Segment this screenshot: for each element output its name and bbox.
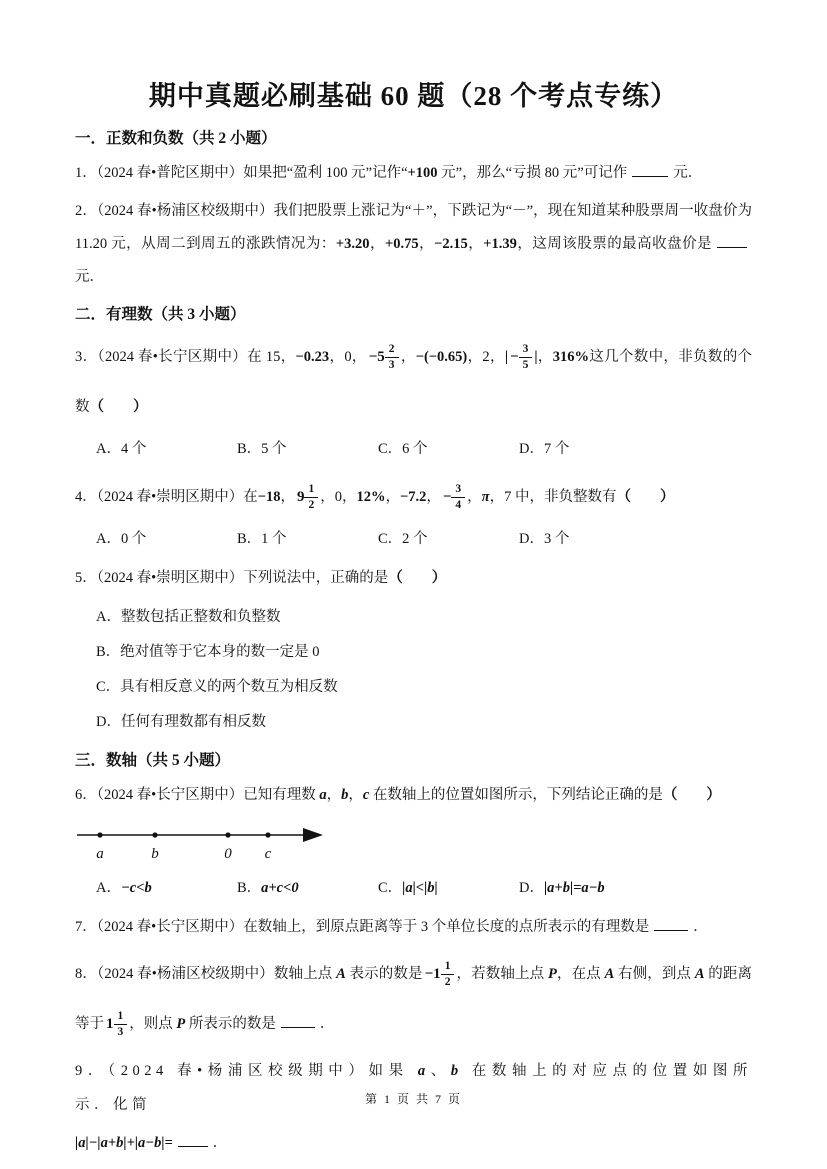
question-3-options: A．4 个 B．5 个 C．6 个 D．7 个 — [75, 434, 752, 464]
option-q5-a: A．整数包括正整数和负整数 — [75, 600, 752, 635]
text-run: D． — [519, 880, 544, 896]
fraction-numerator: 3 — [519, 344, 533, 359]
worksheet-page: 期中真题必刷基础 60 题（28 个考点专练） 一．正数和负数（共 2 小题） … — [0, 0, 827, 1169]
question-6-options: A．−c<b B．a+c<0 C．|a|<|b| D．|a+b|=a−b — [75, 873, 752, 903]
option-q5-d: D．任何有理数都有相反数 — [75, 705, 752, 740]
fraction-stack: 35 — [519, 344, 533, 372]
text-run: A — [695, 966, 705, 982]
answer-blank — [717, 232, 747, 248]
text-run: 4．（2024 春•崇明区期中）在 — [75, 489, 258, 505]
answer-blank — [654, 915, 688, 931]
option-q6-c: C．|a|<|b| — [378, 873, 519, 903]
text-run: 元”，那么“亏损 80 元”可记作 — [438, 165, 628, 181]
text-run: a — [319, 787, 326, 803]
fraction-numerator: 2 — [385, 344, 399, 359]
text-run: −7.2 — [400, 489, 426, 505]
fraction-stack: 23 — [385, 344, 399, 372]
numberline-point-a — [97, 832, 102, 837]
fraction-stack: 13 — [114, 1011, 128, 1039]
answer-blank — [281, 1012, 315, 1028]
text-run: 316% — [553, 349, 589, 365]
fraction: −34 — [443, 484, 465, 512]
text-run: P — [548, 966, 557, 982]
fraction-numerator: 1 — [114, 1011, 128, 1026]
fraction-numerator: 1 — [304, 484, 318, 499]
question-7: 7．（2024 春•长宁区期中）在数轴上，到原点距离等于 3 个单位长度的点所表… — [75, 911, 752, 944]
numberline-label-b: b — [151, 846, 159, 862]
text-run: A — [605, 966, 615, 982]
answer-blank — [178, 1131, 208, 1147]
option-q6-d: D．|a+b|=a−b — [519, 873, 605, 903]
text-run: −18 — [258, 489, 281, 505]
text-run: ， — [370, 236, 385, 252]
text-run: ， — [468, 236, 483, 252]
fraction: −112 — [425, 961, 455, 989]
numberline-point-origin — [225, 832, 230, 837]
text-run: ，2， — [467, 349, 505, 365]
text-run: ． — [213, 1135, 228, 1151]
text-run: b — [451, 1063, 463, 1079]
text-run: |a|−|a+b|+|a−b|= — [75, 1135, 173, 1151]
numberline-label-a: a — [96, 846, 104, 862]
option-q4-c: C．2 个 — [378, 524, 519, 554]
fraction-whole: −5 — [369, 350, 385, 365]
text-run: 表示的数是 — [346, 966, 423, 982]
text-run: ， — [538, 349, 553, 365]
option-q6-a: A．−c<b — [96, 873, 237, 903]
text-run: ，0， — [329, 349, 367, 365]
text-run: 3．（2024 春•长宁区期中）在 15， — [75, 349, 296, 365]
number-line-figure: a b 0 c — [75, 820, 752, 871]
text-run: −c<b — [121, 880, 152, 896]
text-run: A． — [96, 880, 121, 896]
text-run: −0.23 — [296, 349, 330, 365]
text-run: 6．（2024 春•长宁区期中）已知有理数 — [75, 787, 319, 803]
question-1: 1．（2024 春•普陀区期中）如果把“盈利 100 元”记作“+100 元”，… — [75, 157, 752, 190]
fraction-whole: 9 — [297, 490, 305, 505]
section-heading-1: 一．正数和负数（共 2 小题） — [75, 126, 752, 152]
fraction-denominator: 2 — [308, 498, 314, 512]
text-run: ，7 中，非负整数有 — [490, 489, 617, 505]
numberline-point-c — [265, 832, 270, 837]
text-run: 5．（2024 春•崇明区期中）下列说法中，正确的是 — [75, 570, 388, 586]
fraction: 912 — [297, 484, 318, 512]
fraction-denominator: 5 — [523, 358, 529, 372]
fraction-denominator: 3 — [118, 1025, 124, 1039]
text-run: A — [336, 966, 346, 982]
numberline-label-origin: 0 — [224, 846, 232, 862]
text-run: |a+b|=a−b — [544, 880, 605, 896]
option-q6-b: B．a+c<0 — [237, 873, 378, 903]
section-heading-2: 二．有理数（共 3 小题） — [75, 302, 752, 328]
numberline-label-c: c — [265, 846, 272, 862]
option-q4-a: A．0 个 — [96, 524, 237, 554]
text-run: ，0， — [320, 489, 356, 505]
text-run: P — [176, 1016, 185, 1032]
question-5: 5．（2024 春•崇明区期中）下列说法中，正确的是（ ） — [75, 562, 752, 595]
text-run: ， — [467, 489, 482, 505]
text-run: B． — [237, 880, 261, 896]
question-3: 3．（2024 春•长宁区期中）在 15，−0.23，0，−523，−(−0.6… — [75, 332, 752, 432]
text-run: +3.20 — [336, 236, 370, 252]
question-4: 4．（2024 春•崇明区期中）在−18，912，0，12%，−7.2，−34，… — [75, 472, 752, 522]
text-run: +0.75 — [385, 236, 419, 252]
text-run: ， — [280, 489, 295, 505]
fraction-stack: 12 — [304, 484, 318, 512]
number-line-svg: a b 0 c — [75, 820, 327, 866]
fraction-whole: − — [443, 490, 452, 505]
text-run: C． — [378, 880, 402, 896]
fraction-numerator: 3 — [451, 484, 465, 499]
text-run: ，若数轴上点 — [456, 966, 548, 982]
fraction-stack: 34 — [451, 484, 465, 512]
page-footer: 第 1 页 共 7 页 — [0, 1090, 827, 1107]
arrow-right-icon — [303, 828, 323, 842]
option-q5-b: B．绝对值等于它本身的数一定是 0 — [75, 635, 752, 670]
text-run: 8．（2024 春•杨浦区校级期中）数轴上点 — [75, 966, 336, 982]
option-q4-b: B．1 个 — [237, 524, 378, 554]
text-run: 9．（2024 春•杨浦区校级期中）如果 — [75, 1063, 418, 1079]
text-run: 7．（2024 春•长宁区期中）在数轴上，到原点距离等于 3 个单位长度的点所表… — [75, 919, 649, 935]
option-q3-d: D．7 个 — [519, 434, 569, 464]
text-run: | — [505, 349, 508, 365]
text-run: a+c<0 — [261, 880, 298, 896]
text-run: ，则点 — [129, 1016, 176, 1032]
fraction-whole: −1 — [425, 967, 441, 982]
page-title: 期中真题必刷基础 60 题（28 个考点专练） — [75, 78, 752, 114]
question-8: 8．（2024 春•杨浦区校级期中）数轴上点 A 表示的数是−112，若数轴上点… — [75, 949, 752, 1049]
fraction-numerator: 1 — [441, 961, 455, 976]
text-run: ， — [348, 787, 363, 803]
fraction: 113 — [106, 1011, 127, 1039]
text-run: （ ） — [663, 787, 721, 803]
text-run: 、 — [430, 1063, 451, 1079]
text-run: π — [482, 489, 490, 505]
text-run: 元． — [75, 269, 104, 285]
question-4-options: A．0 个 B．1 个 C．2 个 D．3 个 — [75, 524, 752, 554]
text-run: （ ） — [90, 399, 148, 415]
fraction-stack: 12 — [441, 961, 455, 989]
text-run: 在数轴上的位置如图所示，下列结论正确的是 — [369, 787, 663, 803]
question-9: 9．（2024 春•杨浦区校级期中）如果 a、b 在数轴上的对应点的位置如图所示… — [75, 1054, 752, 1122]
text-run: ，在点 — [557, 966, 605, 982]
fraction: −35 — [510, 344, 532, 372]
text-run: ， — [401, 349, 416, 365]
text-run: +100 — [408, 165, 438, 181]
text-run: ， — [385, 489, 400, 505]
text-run: −(−0.65) — [416, 349, 468, 365]
option-q5-c: C．具有相反意义的两个数互为相反数 — [75, 670, 752, 705]
fraction-denominator: 2 — [445, 975, 451, 989]
text-run: （ ） — [616, 489, 674, 505]
numberline-point-b — [152, 832, 157, 837]
fraction-whole: 1 — [106, 1017, 114, 1032]
text-run: 1．（2024 春•普陀区期中）如果把“盈利 100 元”记作“ — [75, 165, 408, 181]
text-run: −2.15 — [434, 236, 468, 252]
fraction: −523 — [369, 344, 399, 372]
question-9-formula: |a|−|a+b|+|a−b|=． — [75, 1127, 752, 1160]
question-6: 6．（2024 春•长宁区期中）已知有理数 a，b，c 在数轴上的位置如图所示，… — [75, 779, 752, 812]
question-2: 2．（2024 春•杨浦区校级期中）我们把股票上涨记为“＋”，下跌记为“－”，现… — [75, 195, 752, 294]
text-run: +1.39 — [483, 236, 517, 252]
text-run: |a|<|b| — [402, 880, 438, 896]
question-5-options: A．整数包括正整数和负整数 B．绝对值等于它本身的数一定是 0 C．具有相反意义… — [75, 600, 752, 740]
text-run: 12% — [356, 489, 385, 505]
text-run: a — [418, 1063, 430, 1079]
text-run: 右侧，到点 — [614, 966, 695, 982]
text-run: 元． — [673, 165, 702, 181]
text-run: ，这周该股票的最高收盘价是 — [517, 236, 712, 252]
section-heading-3: 三．数轴（共 5 小题） — [75, 748, 752, 774]
option-q3-c: C．6 个 — [378, 434, 519, 464]
fraction-denominator: 3 — [389, 358, 395, 372]
option-q3-b: B．5 个 — [237, 434, 378, 464]
option-q3-a: A．4 个 — [96, 434, 237, 464]
fraction-denominator: 4 — [455, 498, 461, 512]
fraction-whole: − — [510, 350, 519, 365]
text-run: ， — [327, 787, 342, 803]
text-run: ， — [419, 236, 434, 252]
text-run: ， — [426, 489, 441, 505]
text-run: ． — [320, 1016, 335, 1032]
text-run: （ ） — [388, 570, 446, 586]
text-run: ． — [693, 919, 708, 935]
option-q4-d: D．3 个 — [519, 524, 569, 554]
text-run: 所表示的数是 — [185, 1016, 276, 1032]
answer-blank — [632, 161, 668, 177]
